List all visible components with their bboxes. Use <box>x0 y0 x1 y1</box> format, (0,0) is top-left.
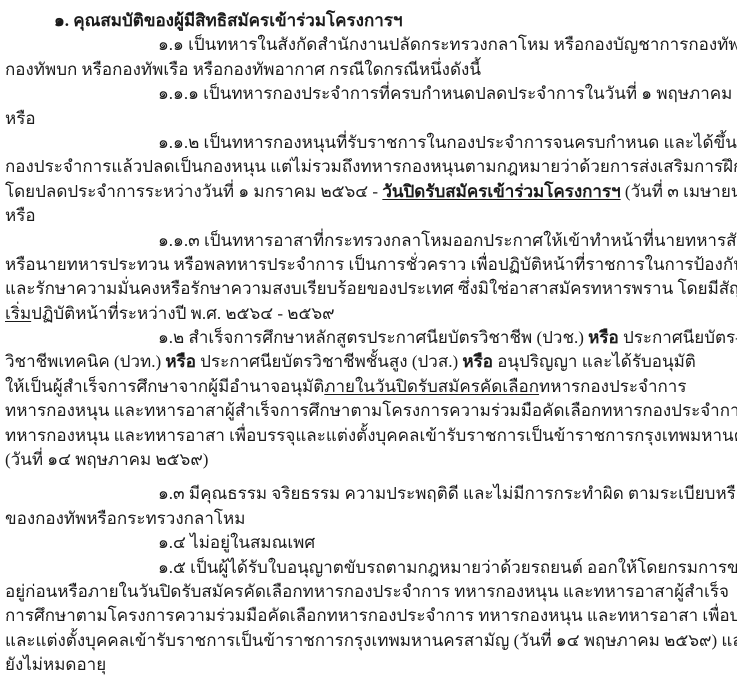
text-segment: ทหารกองหนุน และทหารอาสา เพื่อบรรจุและแต่… <box>5 426 737 445</box>
text-segment: อนุปริญญา และได้รับอนุมัติ <box>493 352 696 371</box>
section-heading: ๑. คุณสมบัติของผู้มีสิทธิสมัครเข้าร่วมโค… <box>0 9 737 33</box>
text-segment: หรือ <box>5 206 36 225</box>
text-segment: กองประจำการแล้วปลดเป็นกองหนุน แต่ไม่รวมถ… <box>5 157 737 176</box>
text-line: ๑.๕ เป็นผู้ได้รับใบอนุญาตขับรถตามกฎหมายว… <box>0 556 737 580</box>
text-line: อยู่ก่อนหรือภายในวันปิดรับสมัครคัดเลือกท… <box>0 580 737 604</box>
text-line: ๑.๑.๑ เป็นทหารกองประจำการที่ครบกำหนดปลดป… <box>0 82 737 106</box>
text-line: (วันที่ ๑๔ พฤษภาคม ๒๕๖๙) <box>0 448 737 472</box>
text-segment: ของกองทัพหรือกระทรวงกลาโหม <box>5 509 245 528</box>
text-segment: ยังไม่หมดอายุ <box>5 655 106 674</box>
text-segment: ๑.๑ เป็นทหารในสังกัดสำนักงานปลัดกระทรวงก… <box>158 35 737 54</box>
text-line: และแต่งตั้งบุคคลเข้ารับราชการเป็นข้าราชก… <box>0 629 737 653</box>
text-line: ๑.๒ สำเร็จการศึกษาหลักสูตรประกาศนียบัตรว… <box>0 326 737 350</box>
text-segment: ทหารกองประจำการ <box>539 377 686 396</box>
text-line: วิชาชีพเทคนิค (ปวท.) หรือ ประกาศนียบัตรว… <box>0 350 737 374</box>
text-line: การศึกษาตามโครงการความร่วมมือคัดเลือกทหา… <box>0 604 737 628</box>
text-segment: และรักษาความมั่นคงหรือรักษาความสงบเรียบร… <box>5 279 737 298</box>
text-line: เริ่มปฏิบัติหน้าที่ระหว่างปี พ.ศ. ๒๕๖๔ -… <box>0 302 737 326</box>
text-line: ทหารกองหนุน และทหารอาสาผู้สำเร็จการศึกษา… <box>0 399 737 423</box>
text-segment: หรือ <box>462 352 493 371</box>
text-segment: ประกาศนียบัตร- <box>619 328 737 347</box>
text-segment: วิชาชีพเทคนิค (ปวท.) <box>5 352 165 371</box>
text-line: โดยปลดประจำการระหว่างวันที่ ๑ มกราคม ๒๕๖… <box>0 180 737 204</box>
text-segment: การศึกษาตามโครงการความร่วมมือคัดเลือกทหา… <box>5 606 737 625</box>
text-segment: ๑.๑.๑ เป็นทหารกองประจำการที่ครบกำหนดปลดป… <box>158 84 737 103</box>
text-line: กองทัพบก หรือกองทัพเรือ หรือกองทัพอากาศ … <box>0 58 737 82</box>
text-segment: อยู่ก่อนหรือภายในวันปิดรับสมัครคัดเลือกท… <box>5 582 729 601</box>
text-segment: ภายในวันปิดรับสมัครคัดเลือก <box>324 377 539 396</box>
text-segment: ๑.๒ สำเร็จการศึกษาหลักสูตรประกาศนียบัตรว… <box>158 328 588 347</box>
text-line: ๑.๑ เป็นทหารในสังกัดสำนักงานปลัดกระทรวงก… <box>0 33 737 57</box>
text-line: ทหารกองหนุน และทหารอาสา เพื่อบรรจุและแต่… <box>0 424 737 448</box>
text-segment: ปฏิบัติหน้าที่ระหว่างปี พ.ศ. ๒๕๖๔ - ๒๕๖๙ <box>31 304 334 323</box>
text-line: หรือ <box>0 204 737 228</box>
text-line: ๑.๑.๓ เป็นทหารอาสาที่กระทรวงกลาโหมออกประ… <box>0 229 737 253</box>
text-segment: ๑. คุณสมบัติของผู้มีสิทธิสมัครเข้าร่วมโค… <box>54 11 403 30</box>
document-page: ๑. คุณสมบัติของผู้มีสิทธิสมัครเข้าร่วมโค… <box>0 0 737 685</box>
text-segment: ๑.๑.๒ เป็นทหารกองหนุนที่รับราชการในกองปร… <box>158 133 737 152</box>
text-segment: (วันที่ ๓ เมษายน ๒๕๖๙) <box>621 182 737 201</box>
text-segment: เริ่ม <box>5 304 31 323</box>
text-segment: วันปิดรับสมัครเข้าร่วมโครงการฯ <box>382 182 620 201</box>
text-line: ของกองทัพหรือกระทรวงกลาโหม <box>0 507 737 531</box>
document-body: ๑. คุณสมบัติของผู้มีสิทธิสมัครเข้าร่วมโค… <box>0 9 737 678</box>
text-segment: ให้เป็นผู้สำเร็จการศึกษาจากผู้มีอำนาจอนุ… <box>5 377 324 396</box>
text-segment: (วันที่ ๑๔ พฤษภาคม ๒๕๖๙) <box>5 450 208 469</box>
text-segment: ๑.๑.๓ เป็นทหารอาสาที่กระทรวงกลาโหมออกประ… <box>158 231 737 250</box>
text-segment: ประกาศนียบัตรวิชาชีพชั้นสูง (ปวส.) <box>196 352 462 371</box>
text-segment: หรือนายทหารประทวน หรือพลทหารประจำการ เป็… <box>5 255 737 274</box>
text-line: ๑.๓ มีคุณธรรม จริยธรรม ความประพฤติดี และ… <box>0 482 737 506</box>
text-segment: หรือ <box>588 328 619 347</box>
text-segment: ทหารกองหนุน และทหารอาสาผู้สำเร็จการศึกษา… <box>5 401 737 420</box>
text-segment: หรือ <box>5 109 36 128</box>
text-line: หรือ <box>0 107 737 131</box>
text-line: ยังไม่หมดอายุ <box>0 653 737 677</box>
text-segment: กองทัพบก หรือกองทัพเรือ หรือกองทัพอากาศ … <box>5 60 481 79</box>
text-line: หรือนายทหารประทวน หรือพลทหารประจำการ เป็… <box>0 253 737 277</box>
text-line: ให้เป็นผู้สำเร็จการศึกษาจากผู้มีอำนาจอนุ… <box>0 375 737 399</box>
text-line: ๑.๑.๒ เป็นทหารกองหนุนที่รับราชการในกองปร… <box>0 131 737 155</box>
text-line: และรักษาความมั่นคงหรือรักษาความสงบเรียบร… <box>0 277 737 301</box>
text-segment: ๑.๕ เป็นผู้ได้รับใบอนุญาตขับรถตามกฎหมายว… <box>158 558 737 577</box>
text-segment: ๑.๔ ไม่อยู่ในสมณเพศ <box>158 533 315 552</box>
text-segment: โดยปลดประจำการระหว่างวันที่ ๑ มกราคม ๒๕๖… <box>5 182 382 201</box>
text-segment: ๑.๓ มีคุณธรรม จริยธรรม ความประพฤติดี และ… <box>158 484 737 503</box>
text-segment: หรือ <box>165 352 196 371</box>
text-segment: และแต่งตั้งบุคคลเข้ารับราชการเป็นข้าราชก… <box>5 631 737 650</box>
text-line: กองประจำการแล้วปลดเป็นกองหนุน แต่ไม่รวมถ… <box>0 155 737 179</box>
text-line: ๑.๔ ไม่อยู่ในสมณเพศ <box>0 531 737 555</box>
